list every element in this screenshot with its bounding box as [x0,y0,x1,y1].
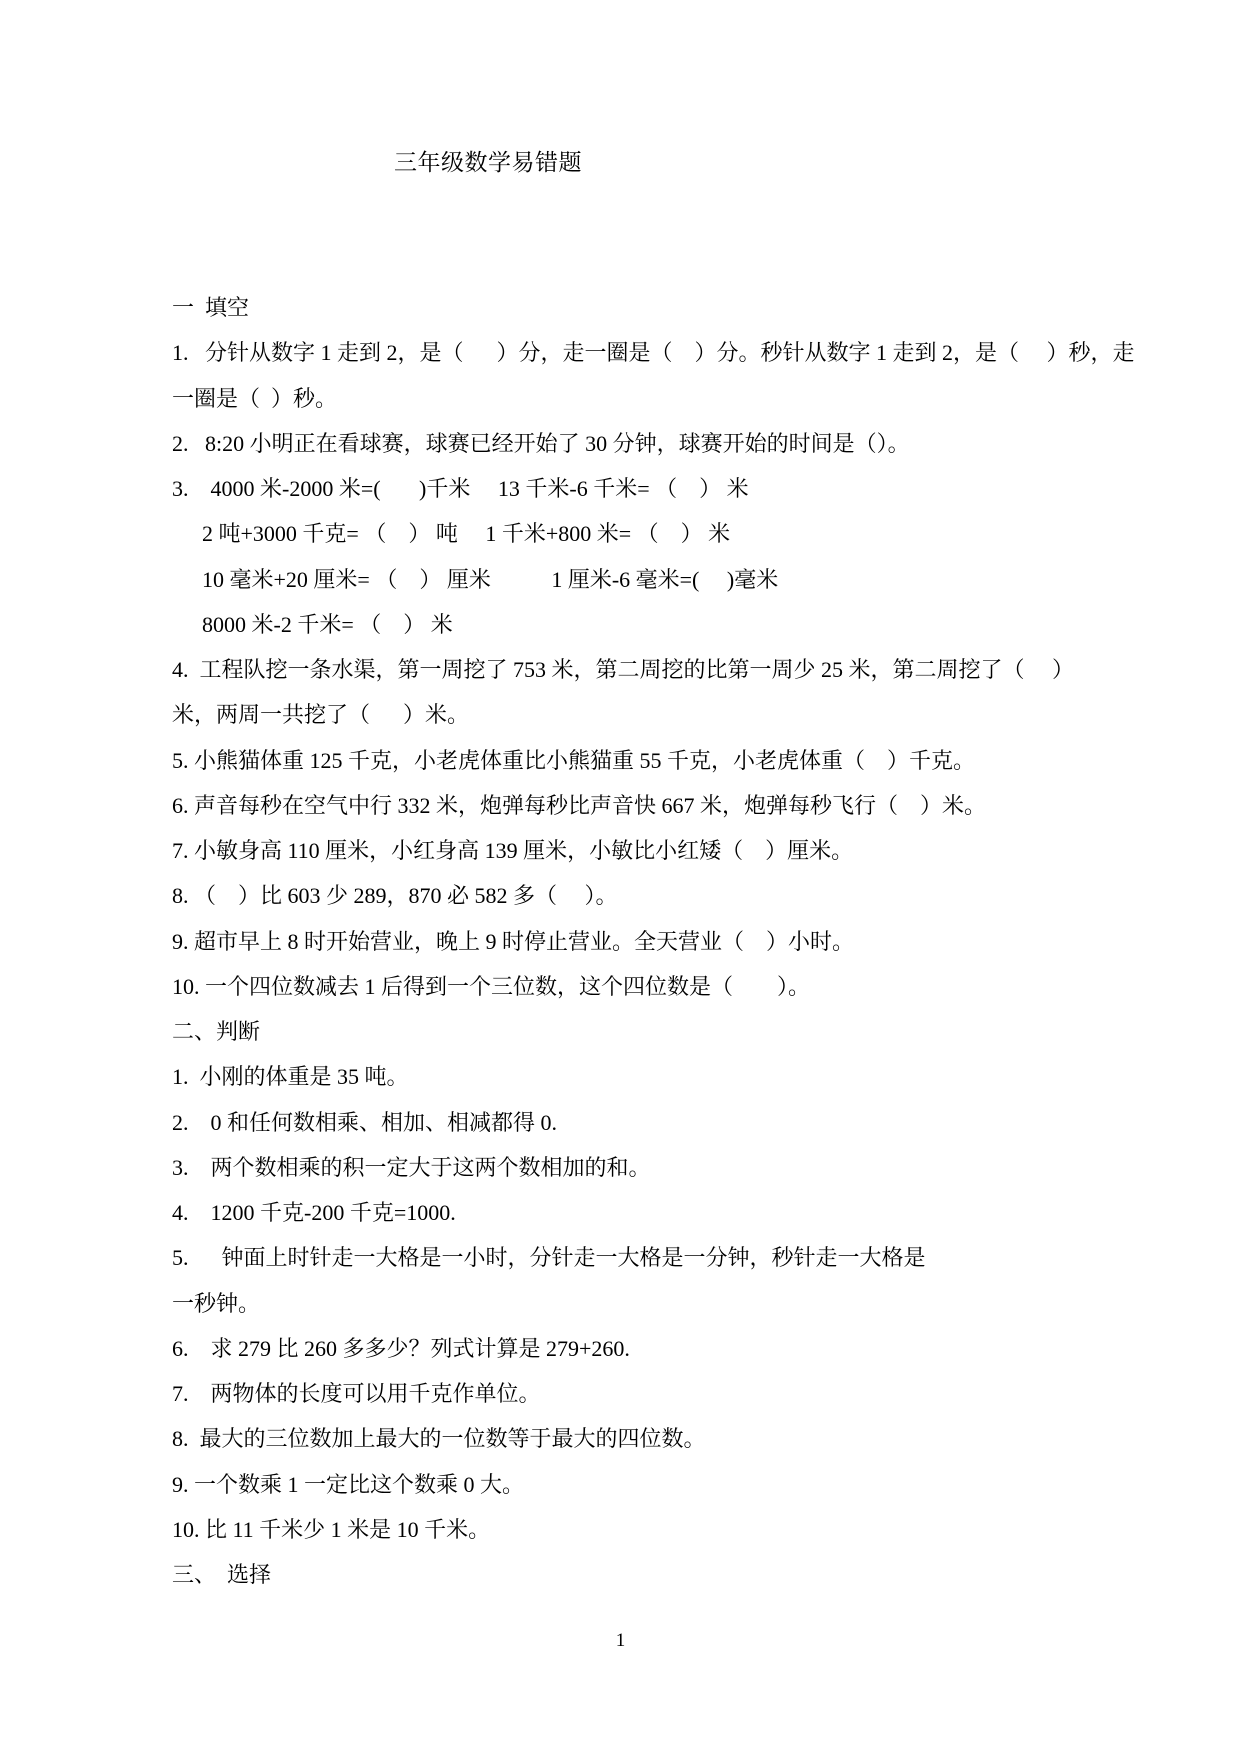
fill-q3-line-3: 10 毫米+20 厘米= （ ） 厘米 1 厘米-6 毫米=( )毫米 [172,557,1112,602]
judge-q1: 1. 小刚的体重是 35 吨。 [172,1054,1112,1099]
judge-q10: 10. 比 11 千米少 1 米是 10 千米。 [172,1507,1112,1552]
judge-q5-line-2: 一秒钟。 [172,1281,1112,1326]
section-fill-blanks-heading: 一 填空 [172,285,1112,330]
fill-q9: 9. 超市早上 8 时开始营业，晚上 9 时停止营业。全天营业（ ）小时。 [172,919,1112,964]
doc-body: 一 填空 1. 分针从数字 1 走到 2，是（ ）分，走一圈是（ ）分。秒针从数… [172,285,1112,1597]
section-judge-heading: 二、判断 [172,1009,1112,1054]
fill-q6: 6. 声音每秒在空气中行 332 米，炮弹每秒比声音快 667 米，炮弹每秒飞行… [172,783,1112,828]
judge-q4: 4. 1200 千克-200 千克=1000. [172,1190,1112,1235]
fill-q3-line-2: 2 吨+3000 千克= （ ） 吨 1 千米+800 米= （ ） 米 [172,511,1112,556]
judge-q3: 3. 两个数相乘的积一定大于这两个数相加的和。 [172,1145,1112,1190]
page-number: 1 [0,1628,1241,1654]
fill-q4-line-2: 米，两周一共挖了（ ）米。 [172,692,1112,737]
fill-q1-line-2: 一圈是（ ）秒。 [172,376,1112,421]
judge-q6: 6. 求 279 比 260 多多少？列式计算是 279+260. [172,1326,1112,1371]
fill-q7: 7. 小敏身高 110 厘米，小红身高 139 厘米，小敏比小红矮（ ）厘米。 [172,828,1112,873]
fill-q4-line-1: 4. 工程队挖一条水渠，第一周挖了 753 米，第二周挖的比第一周少 25 米，… [172,647,1112,692]
judge-q9: 9. 一个数乘 1 一定比这个数乘 0 大。 [172,1462,1112,1507]
fill-q3-line-4: 8000 米-2 千米= （ ） 米 [172,602,1112,647]
fill-q3-line-1: 3. 4000 米-2000 米=( )千米 13 千米-6 千米= （ ） 米 [172,466,1112,511]
judge-q8: 8. 最大的三位数加上最大的一位数等于最大的四位数。 [172,1416,1112,1461]
fill-q1-line-1: 1. 分针从数字 1 走到 2，是（ ）分，走一圈是（ ）分。秒针从数字 1 走… [172,330,1112,375]
judge-q5-line-1: 5. 钟面上时针走一大格是一小时，分针走一大格是一分钟，秒针走一大格是 [172,1235,1112,1280]
fill-q2: 2. 8:20 小明正在看球赛，球赛已经开始了 30 分钟，球赛开始的时间是（）… [172,421,1112,466]
worksheet-page: 三年级数学易错题 一 填空 1. 分针从数字 1 走到 2，是（ ）分，走一圈是… [0,0,1241,1754]
doc-title: 三年级数学易错题 [394,144,582,177]
fill-q5: 5. 小熊猫体重 125 千克，小老虎体重比小熊猫重 55 千克，小老虎体重（ … [172,738,1112,783]
judge-q2: 2. 0 和任何数相乘、相加、相减都得 0. [172,1100,1112,1145]
section-choose-heading: 三、 选择 [172,1552,1112,1597]
judge-q7: 7. 两物体的长度可以用千克作单位。 [172,1371,1112,1416]
fill-q8: 8. （ ）比 603 少 289，870 必 582 多（ ）。 [172,873,1112,918]
fill-q10: 10. 一个四位数减去 1 后得到一个三位数，这个四位数是（ ）。 [172,964,1112,1009]
